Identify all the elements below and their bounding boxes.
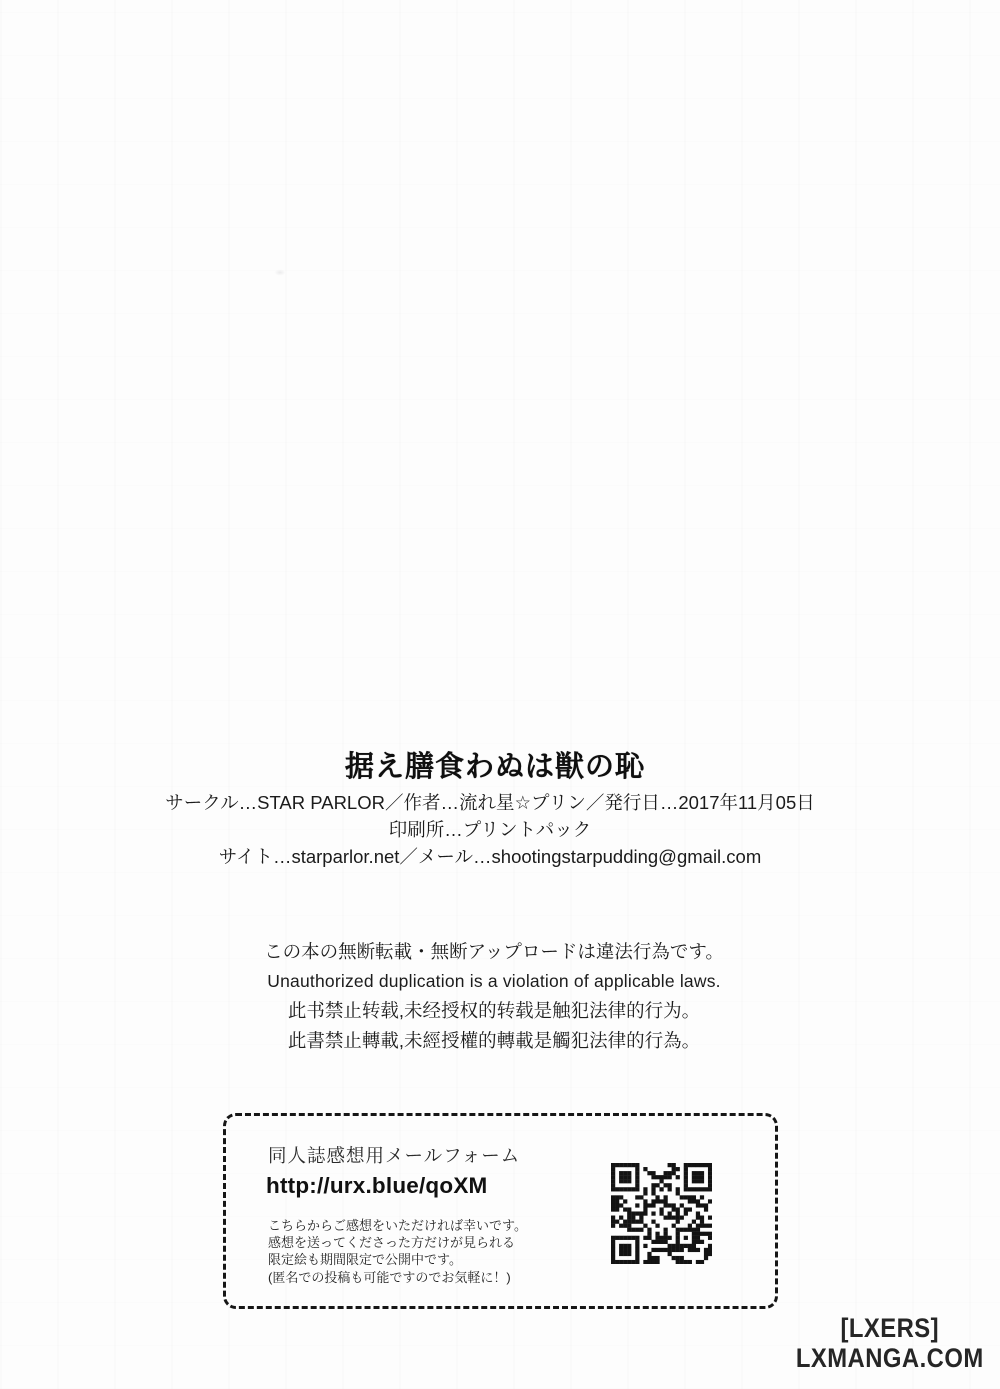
doujin-title: 据え膳食わぬは獣の恥	[0, 752, 995, 783]
warning-line-en: Unauthorized duplication is a violation …	[0, 967, 994, 997]
watermark-group-tag: [LXERS]	[796, 1314, 984, 1344]
feedback-heading: 同人誌感想用メールフォーム	[268, 1142, 520, 1168]
feedback-box: 同人誌感想用メールフォーム http://urx.blue/qoXM こちらから…	[223, 1113, 778, 1309]
warning-line-ja: この本の無断転載・無断アップロードは違法行為です。	[0, 937, 994, 967]
copyright-warning: この本の無断転載・無断アップロードは違法行為です。 Unauthorized d…	[0, 937, 994, 1055]
scan-smudge	[272, 268, 288, 277]
feedback-url: http://urx.blue/qoXM	[266, 1173, 487, 1199]
feedback-note-line: 限定絵も期間限定で公開中です。	[268, 1251, 527, 1268]
feedback-notes: こちらからご感想をいただければ幸いです。 感想を送ってくださった方だけが見られる…	[268, 1217, 527, 1286]
printer-line: 印刷所…プリントパック	[0, 819, 990, 841]
feedback-note-line: こちらからご感想をいただければ幸いです。	[268, 1217, 527, 1234]
warning-line-zh-traditional: 此書禁止轉載,未經授權的轉載是觸犯法律的行為。	[0, 1026, 994, 1056]
warning-line-zh-simplified: 此书禁止转载,未经授权的转载是触犯法律的行为。	[0, 996, 994, 1026]
scanned-colophon-page: 据え膳食わぬは獣の恥 サークル…STAR PARLOR／作者…流れ星☆プリン／発…	[0, 0, 1000, 1389]
contact-line: サイト…starparlor.net／メール…shootingstarpuddi…	[0, 846, 990, 868]
watermark-site-name: LXMANGA.COM	[796, 1344, 984, 1374]
feedback-note-line: 感想を送ってくださった方だけが見られる	[268, 1234, 527, 1251]
credits-line: サークル…STAR PARLOR／作者…流れ星☆プリン／発行日…2017年11月…	[0, 792, 990, 814]
watermark: [LXERS] LXMANGA.COM	[796, 1314, 984, 1373]
feedback-note-line: (匿名での投稿も可能ですのでお気軽に！)	[268, 1269, 527, 1286]
qr-code-icon	[611, 1163, 712, 1264]
